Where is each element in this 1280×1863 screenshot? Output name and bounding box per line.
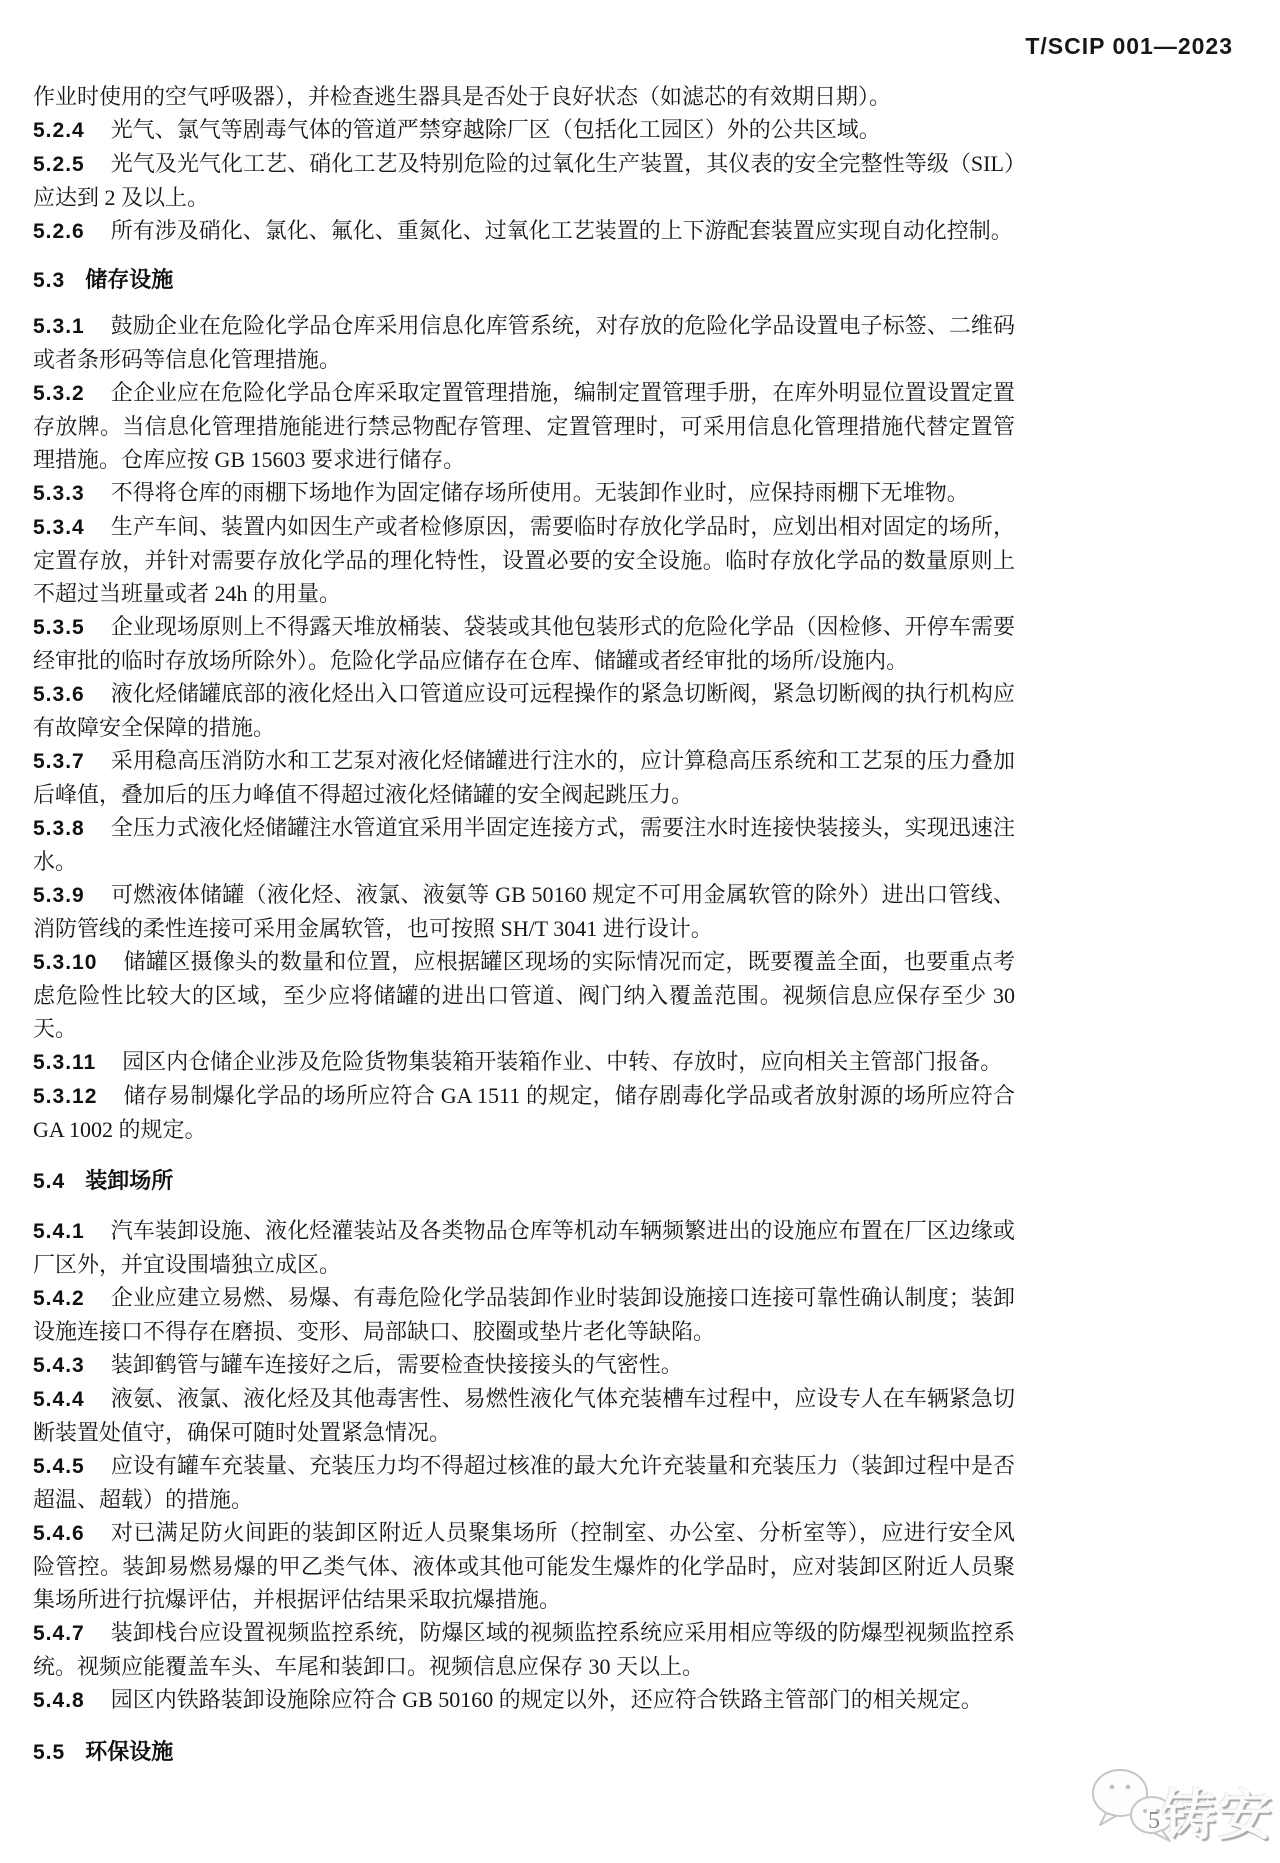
clause-text: 采用稳高压消防水和工艺泵对液化烃储罐进行注水的，应计算稳高压系统和工艺泵的压力叠… [33,748,1015,807]
clause-number: 5.3.9 [33,884,85,907]
clause-text: 可燃液体储罐（液化烃、液氯、液氨等 GB 50160 规定不可用金属软管的除外）… [33,882,1015,941]
clause-paragraph: 5.2.4光气、氯气等剧毒气体的管道严禁穿越除厂区（包括化工园区）外的公共区域。 [33,113,1015,147]
clause-text: 汽车装卸设施、液化烃灌装站及各类物品仓库等机动车辆频繁进出的设施应布置在厂区边缘… [33,1218,1015,1277]
clause-paragraph: 5.3.7采用稳高压消防水和工艺泵对液化烃储罐进行注水的，应计算稳高压系统和工艺… [33,744,1015,811]
clause-number: 5.3.2 [33,382,85,405]
clause-number: 5.2.6 [33,220,85,243]
clause-text: 园区内仓储企业涉及危险货物集装箱开装箱作业、中转、存放时，应向相关主管部门报备。 [122,1049,1002,1074]
clause-text: 储罐区摄像头的数量和位置，应根据罐区现场的实际情况而定，既要覆盖全面，也要重点考… [33,949,1015,1041]
page-footer: 5 铸安 [1088,1761,1278,1853]
clause-number: 5.5 [33,1741,65,1764]
clause-text: 光气及光气化工艺、硝化工艺及特别危险的过氧化生产装置，其仪表的安全完整性等级（S… [33,151,1015,210]
clause-number: 5.3.5 [33,616,85,639]
clause-number: 5.4.3 [33,1354,85,1377]
clause-paragraph: 5.2.6所有涉及硝化、氯化、氟化、重氮化、过氧化工艺装置的上下游配套装置应实现… [33,214,1015,248]
clause-paragraph: 5.3.8全压力式液化烃储罐注水管道宜采用半固定连接方式，需要注水时连接快装接头… [33,811,1015,878]
clause-paragraph: 5.3.12储存易制爆化学品的场所应符合 GA 1511 的规定，储存剧毒化学品… [33,1079,1015,1146]
clause-number: 5.3.7 [33,750,85,773]
clause-number: 5.3.3 [33,482,85,505]
clause-paragraph: 5.4.1汽车装卸设施、液化烃灌装站及各类物品仓库等机动车辆频繁进出的设施应布置… [33,1214,1015,1281]
section-heading: 5.5环保设施 [33,1735,1015,1769]
section-heading: 5.4装卸场所 [33,1164,1015,1198]
clause-number: 5.4.4 [33,1388,85,1411]
clause-number: 5.3.6 [33,683,85,706]
clause-text: 光气、氯气等剧毒气体的管道严禁穿越除厂区（包括化工园区）外的公共区域。 [111,117,881,142]
page-header: T/SCIP 001—2023 [1025,33,1233,60]
clause-number: 5.4.7 [33,1622,85,1645]
clause-number: 5.4.8 [33,1689,85,1712]
clause-paragraph: 5.3.9可燃液体储罐（液化烃、液氯、液氨等 GB 50160 规定不可用金属软… [33,878,1015,945]
clause-paragraph: 5.4.8园区内铁路装卸设施除应符合 GB 50160 的规定以外，还应符合铁路… [33,1683,1015,1717]
doc-number: T/SCIP 001—2023 [1025,33,1233,59]
clause-number: 5.3.1 [33,315,85,338]
section-heading: 5.3储存设施 [33,263,1015,297]
section-title: 装卸场所 [85,1168,173,1193]
clause-paragraph: 5.3.3不得将仓库的雨棚下场地作为固定储存场所使用。无装卸作业时，应保持雨棚下… [33,476,1015,510]
clause-text: 企业现场原则上不得露天堆放桶装、袋装或其他包装形式的危险化学品（因检修、开停车需… [33,614,1015,673]
section-title: 储存设施 [85,267,173,292]
clause-text: 鼓励企业在危险化学品仓库采用信息化库管系统，对存放的危险化学品设置电子标签、二维… [33,313,1015,372]
clause-number: 5.3 [33,269,65,292]
clause-text: 装卸鹤管与罐车连接好之后，需要检查快接接头的气密性。 [111,1352,683,1377]
clause-paragraph: 作业时使用的空气呼吸器），并检查逃生器具是否处于良好状态（如滤芯的有效期日期）。 [33,80,1015,113]
clause-paragraph: 5.4.4液氨、液氯、液化烃及其他毒害性、易燃性液化气体充装槽车过程中，应设专人… [33,1382,1015,1449]
clause-number: 5.3.11 [33,1051,96,1074]
clause-paragraph: 5.3.6液化烃储罐底部的液化烃出入口管道应设可远程操作的紧急切断阀，紧急切断阀… [33,677,1015,744]
clause-paragraph: 5.3.2企企业应在危险化学品仓库采取定置管理措施，编制定置管理手册，在库外明显… [33,376,1015,476]
clause-text: 全压力式液化烃储罐注水管道宜采用半固定连接方式，需要注水时连接快装接头，实现迅速… [33,815,1015,874]
clause-number: 5.4.6 [33,1522,85,1545]
clause-paragraph: 5.3.10储罐区摄像头的数量和位置，应根据罐区现场的实际情况而定，既要覆盖全面… [33,945,1015,1045]
document-page: T/SCIP 001—2023 作业时使用的空气呼吸器），并检查逃生器具是否处于… [0,0,1280,1863]
clause-text: 装卸栈台应设置视频监控系统，防爆区域的视频监控系统应采用相应等级的防爆型视频监控… [33,1620,1015,1679]
clause-paragraph: 5.4.2企业应建立易燃、易爆、有毒危险化学品装卸作业时装卸设施接口连接可靠性确… [33,1281,1015,1348]
clause-number: 5.3.8 [33,817,85,840]
clause-paragraph: 5.3.5企业现场原则上不得露天堆放桶装、袋装或其他包装形式的危险化学品（因检修… [33,610,1015,677]
clause-paragraph: 5.3.4生产车间、装置内如因生产或者检修原因，需要临时存放化学品时，应划出相对… [33,510,1015,610]
page-number: 5 [1148,1808,1160,1835]
watermark-text: 铸安 [1162,1773,1274,1850]
clause-text: 液氨、液氯、液化烃及其他毒害性、易燃性液化气体充装槽车过程中，应设专人在车辆紧急… [33,1386,1015,1445]
clause-text: 液化烃储罐底部的液化烃出入口管道应设可远程操作的紧急切断阀，紧急切断阀的执行机构… [33,681,1015,740]
clause-text: 所有涉及硝化、氯化、氟化、重氮化、过氧化工艺装置的上下游配套装置应实现自动化控制… [111,218,1013,243]
clause-paragraph: 5.4.6对已满足防火间距的装卸区附近人员聚集场所（控制室、办公室、分析室等），… [33,1516,1015,1616]
clause-paragraph: 5.4.3装卸鹤管与罐车连接好之后，需要检查快接接头的气密性。 [33,1348,1015,1382]
clause-number: 5.3.12 [33,1085,97,1108]
clause-text: 储存易制爆化学品的场所应符合 GA 1511 的规定，储存剧毒化学品或者放射源的… [33,1083,1015,1142]
clause-text: 企企业应在危险化学品仓库采取定置管理措施，编制定置管理手册，在库外明显位置设置定… [33,380,1015,472]
clause-text: 生产车间、装置内如因生产或者检修原因，需要临时存放化学品时，应划出相对固定的场所… [33,514,1015,606]
document-content: 作业时使用的空气呼吸器），并检查逃生器具是否处于良好状态（如滤芯的有效期日期）。… [33,80,1015,1785]
clause-text: 企业应建立易燃、易爆、有毒危险化学品装卸作业时装卸设施接口连接可靠性确认制度；装… [33,1285,1015,1344]
clause-number: 5.2.5 [33,153,85,176]
clause-number: 5.2.4 [33,119,85,142]
clause-text: 不得将仓库的雨棚下场地作为固定储存场所使用。无装卸作业时，应保持雨棚下无堆物。 [111,480,969,505]
clause-paragraph: 5.2.5光气及光气化工艺、硝化工艺及特别危险的过氧化生产装置，其仪表的安全完整… [33,147,1015,214]
clause-text: 园区内铁路装卸设施除应符合 GB 50160 的规定以外，还应符合铁路主管部门的… [111,1687,983,1712]
clause-paragraph: 5.4.5应设有罐车充装量、充装压力均不得超过核准的最大允许充装量和充装压力（装… [33,1449,1015,1516]
clause-text: 对已满足防火间距的装卸区附近人员聚集场所（控制室、办公室、分析室等），应进行安全… [33,1520,1015,1612]
clause-number: 5.4 [33,1170,65,1193]
clause-paragraph: 5.3.1鼓励企业在危险化学品仓库采用信息化库管系统，对存放的危险化学品设置电子… [33,309,1015,376]
clause-text: 作业时使用的空气呼吸器），并检查逃生器具是否处于良好状态（如滤芯的有效期日期）。 [33,84,891,109]
clause-number: 5.4.2 [33,1287,85,1310]
clause-text: 应设有罐车充装量、充装压力均不得超过核准的最大允许充装量和充装压力（装卸过程中是… [33,1453,1015,1512]
clause-paragraph: 5.3.11园区内仓储企业涉及危险货物集装箱开装箱作业、中转、存放时，应向相关主… [33,1045,1015,1079]
section-title: 环保设施 [85,1739,173,1764]
clause-number: 5.4.1 [33,1220,85,1243]
clause-number: 5.3.4 [33,516,85,539]
clause-number: 5.4.5 [33,1455,85,1478]
clause-paragraph: 5.4.7装卸栈台应设置视频监控系统，防爆区域的视频监控系统应采用相应等级的防爆… [33,1616,1015,1683]
clause-number: 5.3.10 [33,951,97,974]
